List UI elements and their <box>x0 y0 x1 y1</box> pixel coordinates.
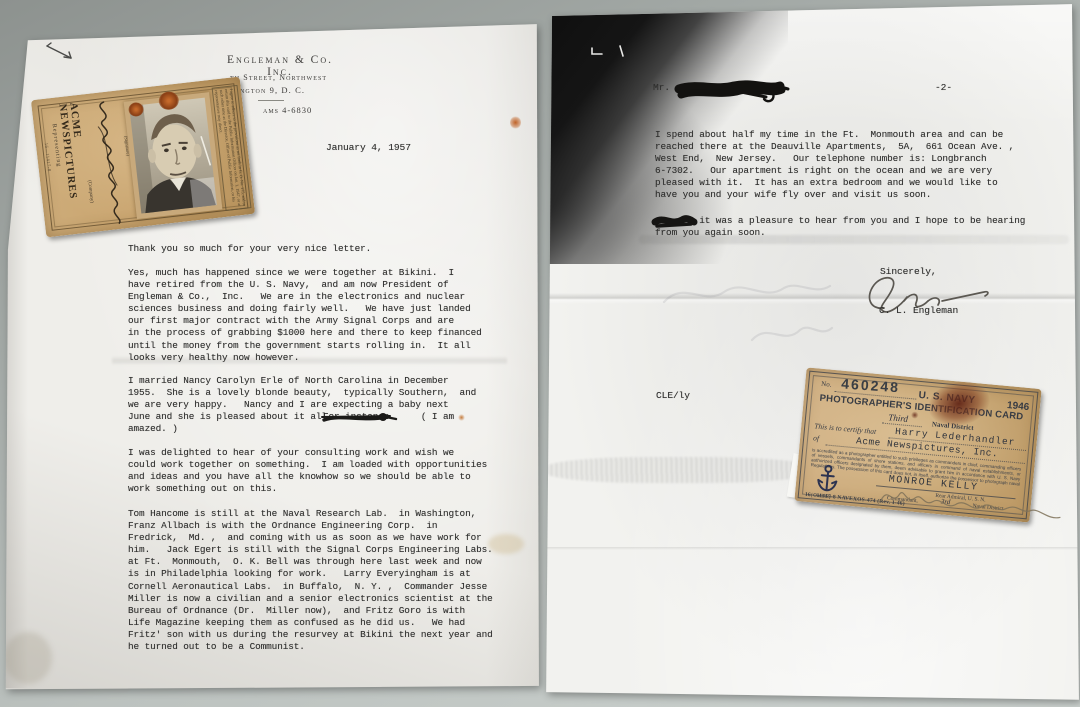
navy-card-no-label: No. <box>821 380 832 389</box>
word-scribble-icon <box>652 214 698 230</box>
press-id-card: 16—11417-8 Representing ACME NEWSPICTURE… <box>31 77 255 238</box>
paragraph-monmouth: I spend about half my time in the Ft. Mo… <box>655 129 1047 202</box>
typed-signature-name: C. L. Engleman <box>879 305 958 317</box>
letterhead-rule <box>258 100 284 101</box>
corner-smudge-stain <box>4 632 52 684</box>
scanned-letter-scene: Engleman & Co. Inc. th Street, Northwest… <box>0 0 1080 707</box>
page-number: -2- <box>935 82 952 94</box>
paragraph-thanks: Thank you so much for your very nice let… <box>128 243 508 255</box>
scratch-mark-icon <box>590 44 626 60</box>
pencil-arrow-mark-icon <box>44 42 78 64</box>
of-label: of <box>813 433 820 443</box>
paragraph-bikini-news: Yes, much has happened since we were tog… <box>128 267 508 364</box>
paragraph-consulting: I was delighted to hear of your consulti… <box>128 447 508 495</box>
letter-date: January 4, 1957 <box>326 142 411 154</box>
redaction-scribble-icon <box>674 76 794 106</box>
reference-initials: CLE/ly <box>656 390 690 402</box>
paragraph-colleagues: Tom Hancome is still at the Naval Resear… <box>128 508 510 653</box>
rust-stain-right-edge <box>510 116 521 129</box>
ghost-pencil-writing-icon <box>632 260 864 372</box>
page-2-crease-lower <box>544 547 1080 550</box>
letter-page-2: Mr. -2- I spend about half my time in th… <box>544 2 1080 704</box>
letterhead-city: ngton 9, D. C. <box>240 85 305 95</box>
navy-photographer-id-card: No. 460248 U. S. NAVY 1946 PHOTOGRAPHER'… <box>794 367 1041 522</box>
page-2-paper: Mr. -2- I spend about half my time in th… <box>544 2 1080 704</box>
portrait-photo-image <box>129 98 217 214</box>
paragraph-married: I married Nancy Carolyn Erle of North Ca… <box>128 375 508 435</box>
strikeout-scribble-icon <box>320 410 398 424</box>
paragraph-pleasure: it was a pleasure to hear from you and I… <box>655 215 1047 239</box>
letterhead-street: th Street, Northwest <box>230 73 327 82</box>
salutation-prefix: Mr. <box>653 82 670 94</box>
portrait-photo <box>124 92 223 219</box>
anchor-icon <box>813 463 842 495</box>
letterhead-phone: ams 4-6830 <box>263 105 312 115</box>
page-2-crease-streak <box>546 457 812 483</box>
page-1-left-edge-shading <box>2 48 28 688</box>
